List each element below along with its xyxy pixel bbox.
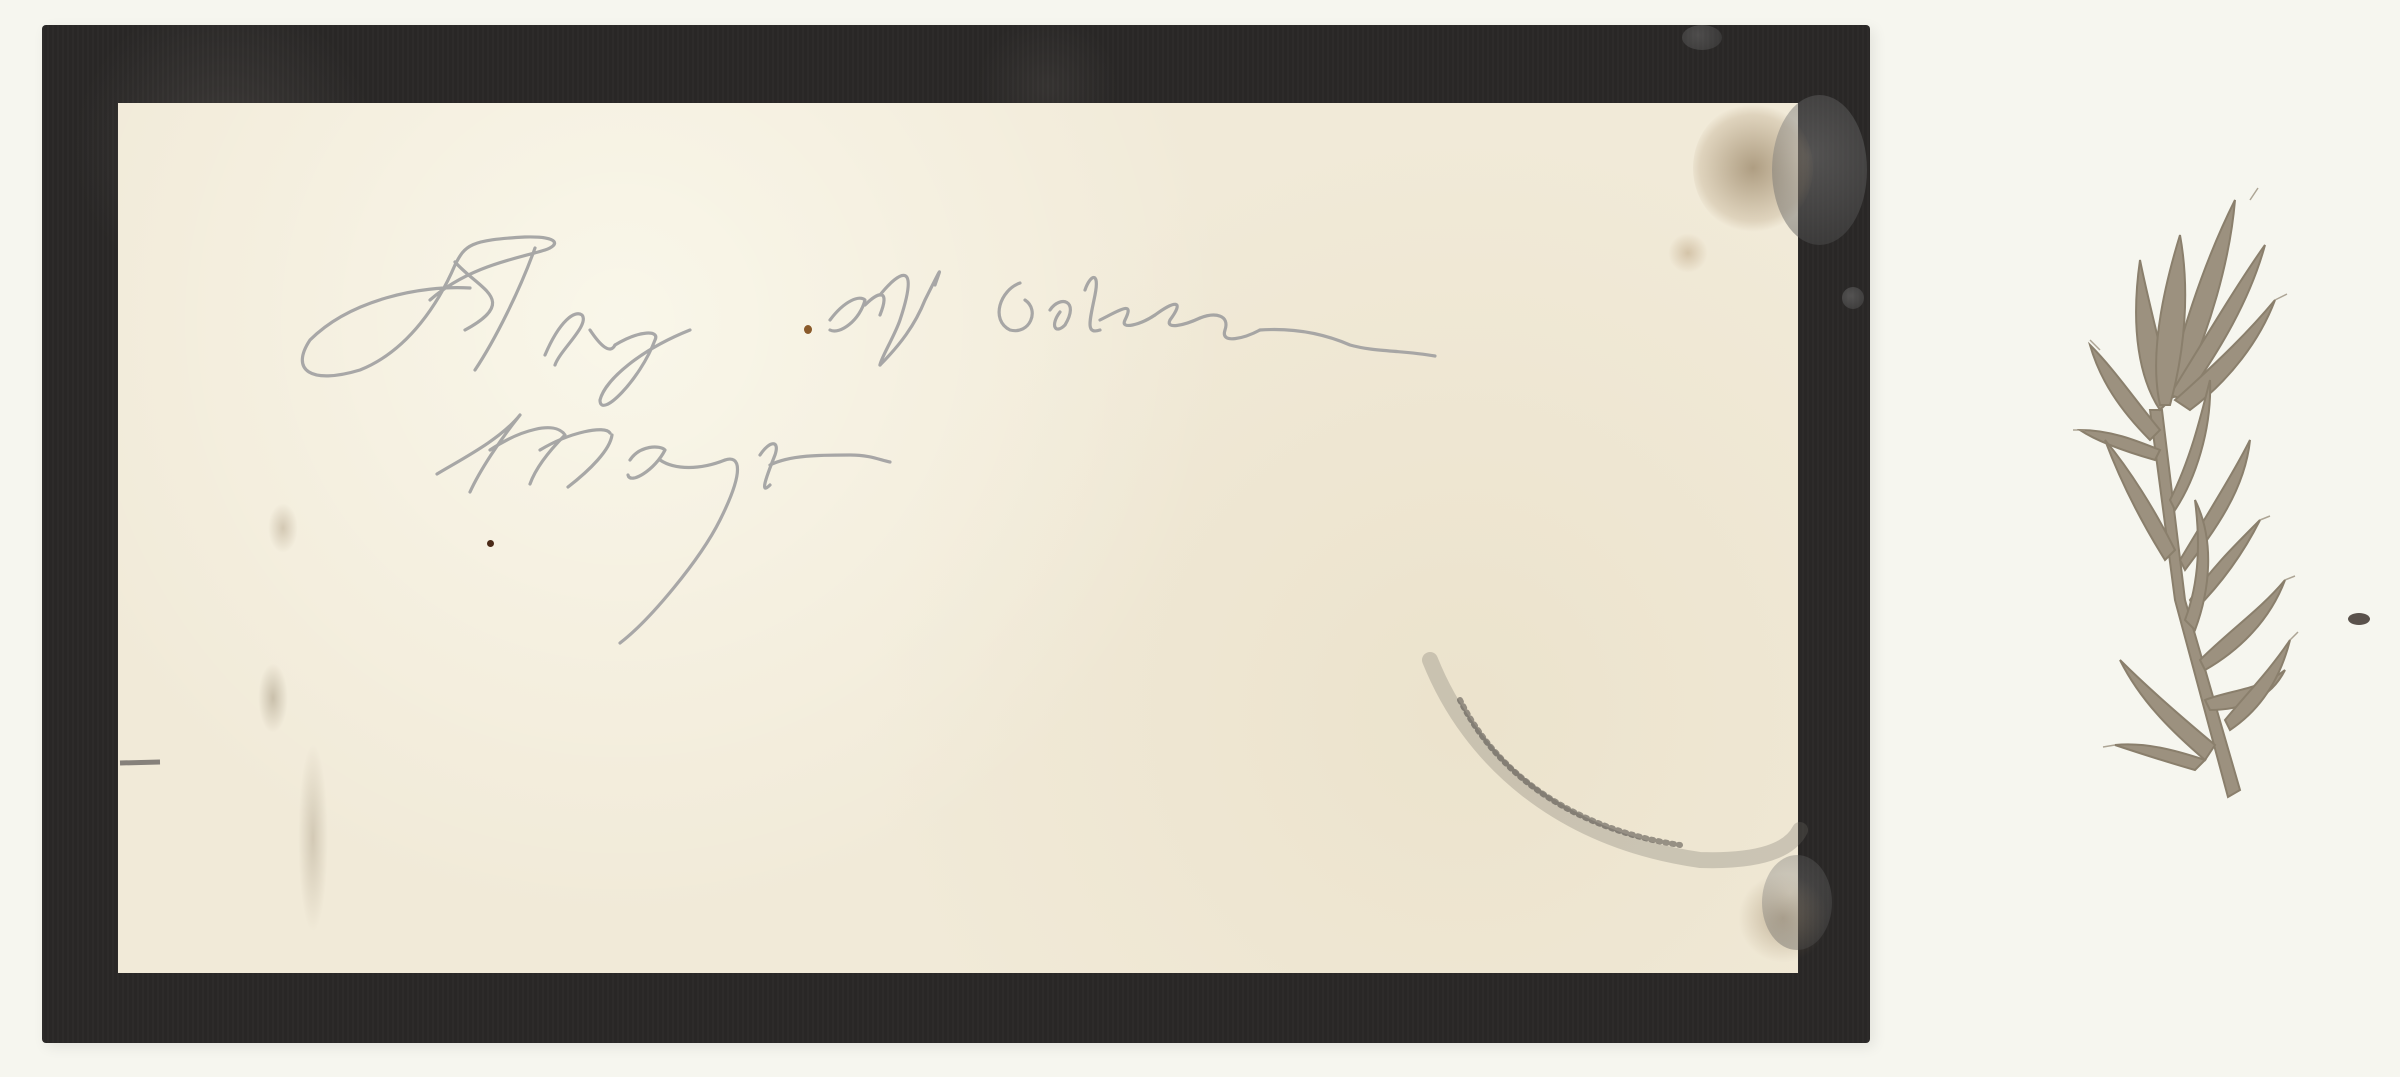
photo-scene: Flor del Coliseo Mayo (0, 0, 2400, 1077)
debris-speck (2348, 613, 2370, 625)
pencil-handwriting (0, 0, 2400, 1077)
plant-specimen (2080, 200, 2290, 797)
